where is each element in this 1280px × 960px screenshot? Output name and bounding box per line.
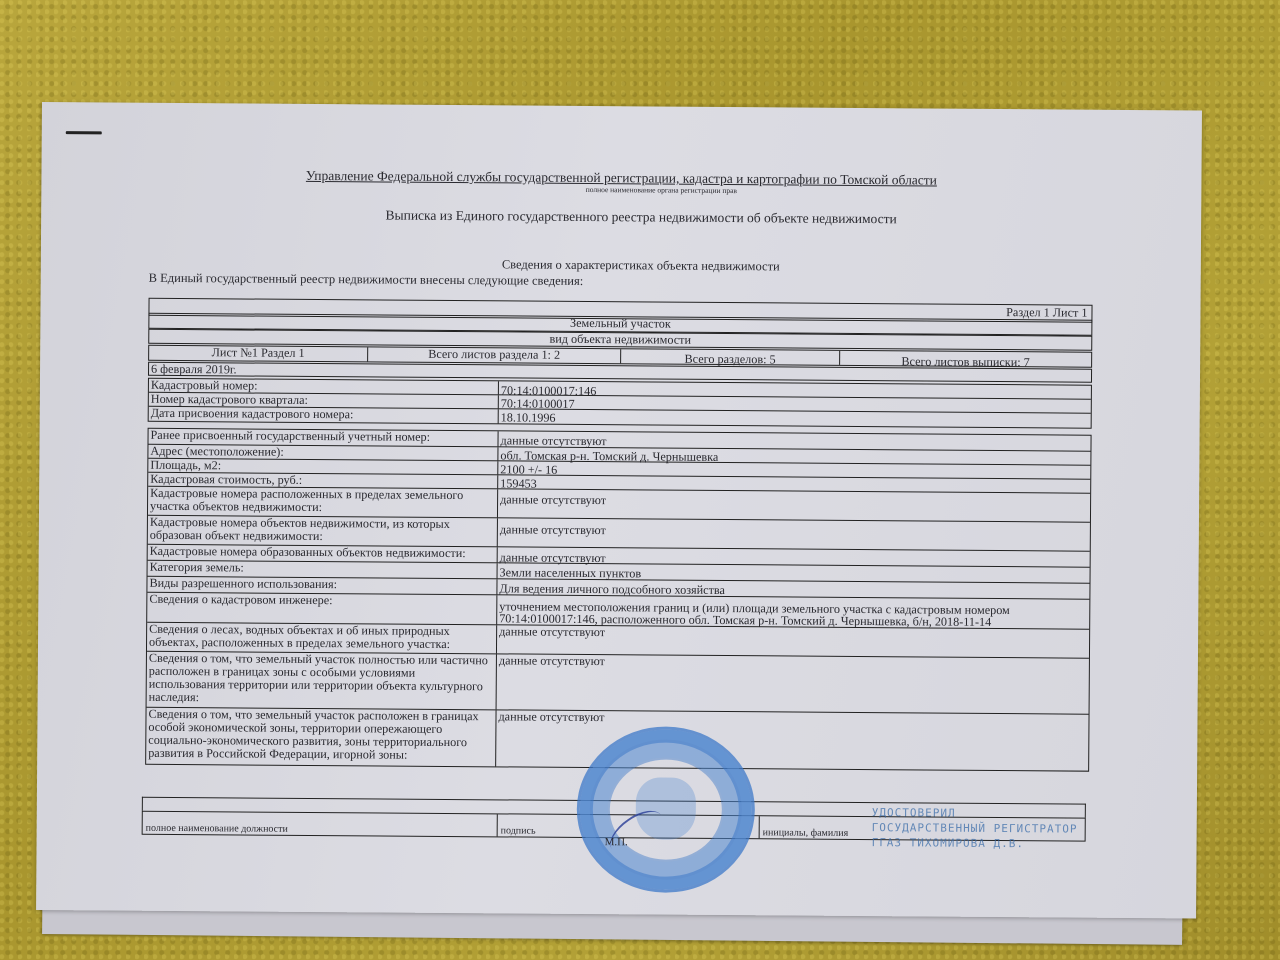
row-label: Дата присвоения кадастрового номера: <box>149 407 499 424</box>
signature-caption: подпись <box>501 825 536 836</box>
cadastral-group: Кадастровый номер: 70:14:0100017:146 Ном… <box>148 378 1092 429</box>
row-label: Кадастровые номера объектов недвижимости… <box>148 516 498 547</box>
row-value: данные отсутствуют <box>498 489 1090 521</box>
registrar-stamp-line: УДОСТОВЕРИЛ <box>872 805 1078 822</box>
staple-mark <box>66 131 102 134</box>
row-label: Сведения о кадастровом инженере: <box>147 593 497 625</box>
document-page: Управление Федеральной службы государств… <box>36 102 1202 918</box>
row-label: Сведения о лесах, водных объектах и об и… <box>147 623 497 654</box>
sections-total: Всего разделов: 5 <box>621 349 840 365</box>
row-value: данные отсутствуют <box>497 625 1089 657</box>
name-caption: инициалы, фамилия <box>763 827 849 839</box>
registrar-stamp-line: ГГАЗ ТИХОМИРОВА Д.В. <box>872 835 1078 852</box>
position-caption: полное наименование должности <box>146 823 288 835</box>
intro-text: В Единый государственный реестр недвижим… <box>149 271 584 289</box>
sheet-number: Лист №1 Раздел 1 <box>149 346 368 362</box>
registrar-stamp-line: ГОСУДАРСТВЕННЫЙ РЕГИСТРАТОР <box>872 820 1078 837</box>
row-value: данные отсутствуют <box>496 710 1088 770</box>
row-label: Сведения о том, что земельный участок по… <box>147 652 497 710</box>
extract-sheets-total: Всего листов выписки: 7 <box>840 351 1091 367</box>
table-row: Сведения о том, что земельный участок по… <box>147 652 1089 715</box>
row-value: уточнением местоположения границ и (или)… <box>497 595 1089 628</box>
characteristics-group: Ранее присвоенный государственный учетны… <box>145 428 1091 772</box>
official-seal <box>576 726 755 893</box>
row-value: данные отсутствуют <box>498 518 1090 550</box>
registrar-stamp: УДОСТОВЕРИЛ ГОСУДАРСТВЕННЫЙ РЕГИСТРАТОР … <box>872 805 1078 852</box>
section-sheets-total: Всего листов раздела 1: 2 <box>368 347 621 363</box>
row-label: Сведения о том, что земельный участок ра… <box>146 708 496 767</box>
document-title: Выписка из Единого государственного реес… <box>41 205 1201 230</box>
row-value: данные отсутствуют <box>497 654 1089 713</box>
row-value: 18.10.1996 <box>499 409 1091 427</box>
seal-mark: М.П. <box>605 836 628 848</box>
position-cell: полное наименование должности <box>143 812 498 837</box>
row-label: Кадастровые номера расположенных в преде… <box>148 487 498 518</box>
